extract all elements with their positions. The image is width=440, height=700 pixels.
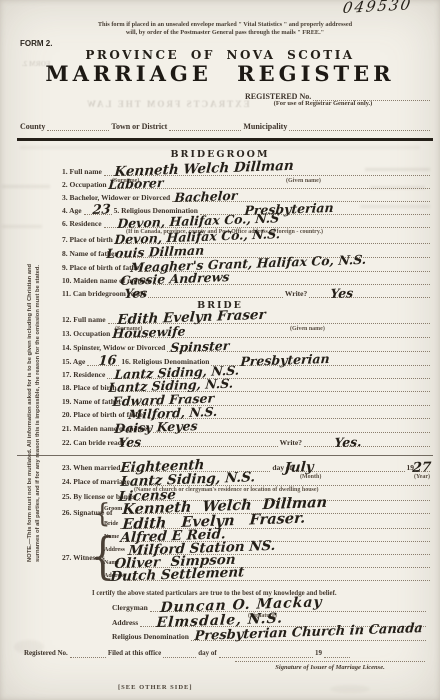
br-father-row: 19. Name of father Edward Fraser (62, 394, 432, 406)
form-number-label: FORM 2. (20, 39, 52, 48)
clergyman-label: Clergyman (112, 603, 148, 612)
bg-status-row: 3. Bachelor, Widower or Divorced Bachelo… (62, 190, 432, 202)
handwritten-bg-occupation: Laborer (108, 177, 164, 191)
address-label: Address (104, 546, 125, 555)
denomination-label: Religious Denomination (112, 632, 189, 641)
handwritten-br-occupation: Housewife (112, 325, 186, 340)
registrar-only-note: (For use of Registrar General only.) (243, 100, 403, 107)
margin-note-line2: surnames of all parties, and if for any … (34, 264, 42, 562)
handwritten-br-religion: Presbyterian (240, 353, 330, 368)
page-title: MARRIAGE REGISTER (0, 61, 440, 86)
field-label: 1. Full name (62, 167, 102, 176)
fill-line (70, 657, 106, 658)
bg-read-write-row: 11. Can bridegroom read? Write? Yes Yes (62, 286, 432, 298)
bg-occupation-row: 2. Occupation Laborer (62, 177, 432, 189)
fill-line (128, 446, 278, 447)
scan-smudge (2, 225, 42, 228)
bg-father-birthplace-row: 9. Place of birth of father Meagher's Gr… (62, 260, 432, 272)
section-divider-rule (17, 138, 433, 141)
handwritten-year: 27 (412, 461, 432, 474)
field-label: 23. When married (62, 463, 120, 472)
margin-note: NOTE.—This form must not be mutilated. A… (26, 264, 42, 562)
county-row: County Town or District Municipality (20, 119, 432, 131)
thin-divider-rule (17, 455, 433, 456)
denomination-row: Religious Denomination Presbyterian Chur… (112, 629, 428, 641)
br-status-row: 14. Spinster, Widow or Divorced Spinster (62, 340, 432, 352)
fill-line (309, 297, 430, 298)
field-label: 6. Residence (62, 219, 102, 228)
field-label: 7. Place of birth (62, 235, 113, 244)
field-label: 15. Age (62, 357, 85, 366)
br-occupation-row: 13. Occupation Housewife (62, 326, 432, 338)
br-age-religion-row: 15. Age 16. Religious Denomination 16 Pr… (62, 354, 432, 366)
handwritten-br-full-name: Edith Evelyn Fraser (117, 309, 266, 326)
fill-line (169, 130, 241, 131)
handwritten-br-write: Yes. (334, 436, 362, 449)
witness2-name-row: Name Oliver Simpson (104, 556, 432, 568)
mailing-note-line2: will, by order of the Postmaster General… (40, 29, 410, 36)
fill-line (163, 657, 196, 658)
margin-note-line1: NOTE.—This form must not be mutilated. A… (26, 264, 34, 562)
fill-line (219, 657, 313, 658)
county-label: County (20, 122, 45, 131)
fill-line (148, 297, 283, 298)
handwritten-month: July (284, 461, 314, 474)
marriage-register-form: 049530 This form if placed in an unseale… (0, 0, 440, 700)
ghost-extracts-text: EXTRACTS FROM THE LAW (85, 99, 250, 109)
fill-line (304, 446, 430, 447)
place-of-marriage-row: 24. Place of marriage Lantz Siding, N.S. (62, 474, 432, 486)
bg-birthplace-row: 7. Place of birth Devon, Halifax Co., N.… (62, 232, 432, 244)
bg-residence-row: 6. Residence Devon, Halifax Co., N.S (62, 216, 432, 228)
field-label: 4. Age (62, 206, 82, 215)
field-label: Write? (280, 438, 302, 447)
mailing-note-line1: This form if placed in an unsealed envel… (40, 21, 410, 28)
name-label: Name (104, 533, 119, 542)
br-read-write-row: 22. Can bride read? Write? Yes Yes. (62, 435, 432, 447)
handwritten-bg-status: Bachelor (174, 190, 238, 204)
bg-mother-row: 10. Maiden name of mother Cassie Andrews (62, 273, 432, 285)
scan-smudge (330, 685, 370, 693)
day-of-label: day of (198, 649, 216, 658)
bride-signature-row: Bride Edith Evelyn Fraser. (104, 517, 432, 529)
handwritten-bg-read: Yes (124, 287, 148, 300)
field-label: 22. Can bride read? (62, 438, 126, 447)
address-label: Address (112, 618, 138, 627)
field-label: Write? (285, 289, 307, 298)
filed-row: Registered No. Filed at this office day … (24, 646, 352, 658)
issuer-signature-caption: Signature of Issuer of Marriage License. (235, 664, 425, 671)
fill-line (324, 657, 350, 658)
br-residence-row: 17. Residence Lantz Siding, N.S. (62, 367, 432, 379)
field-label: 12. Full name (62, 315, 106, 324)
field-label: 13. Occupation (62, 329, 110, 338)
br-birthplace-row: 18. Place of birth Lantz Siding, N.S. (62, 380, 432, 392)
town-district-label: Town or District (111, 122, 167, 131)
handwritten-br-status: Spinster (170, 340, 230, 354)
fill-line (47, 130, 109, 131)
province-heading: PROVINCE OF NOVA SCOTIA (0, 48, 440, 62)
br-full-name-row: 12. Full name Edith Evelyn Fraser (62, 312, 432, 324)
registered-label: Registered No. (24, 649, 68, 658)
filed-label: Filed at this office (108, 649, 161, 658)
field-label: 17. Residence (62, 370, 105, 379)
issuer-signature-line (235, 661, 425, 662)
scan-smudge (2, 185, 50, 188)
field-label: 14. Spinster, Widow or Divorced (62, 343, 165, 352)
municipality-label: Municipality (243, 122, 287, 131)
fill-line (289, 130, 430, 131)
handwritten-bg-write: Yes (330, 287, 354, 300)
year-prefix-label: 19 (315, 649, 322, 658)
handwritten-place-of-marriage: Lantz Siding, N.S. (120, 471, 256, 488)
br-mother-row: 21. Maiden name of mother Daisy Keyes (62, 421, 432, 433)
witness1-address-row: Address Milford Station NS. (104, 543, 432, 555)
field-label: 3. Bachelor, Widower or Divorced (62, 193, 170, 202)
groom-label: Groom (104, 505, 122, 514)
bg-full-name-row: 1. Full name Kenneth Welch Dillman (62, 164, 432, 176)
bridegroom-section-header: BRIDEGROOM (0, 149, 440, 160)
handwritten-serial-number: 049530 (342, 0, 413, 14)
see-other-side-note: [SEE OTHER SIDE] (118, 684, 193, 691)
handwritten-br-mother: Daisy Keyes (114, 420, 198, 435)
field-label: 2. Occupation (62, 180, 107, 189)
handwritten-br-read: Yes (118, 436, 142, 449)
witness2-address-row: Address Dutch Settlement (104, 569, 432, 581)
br-father-birthplace-row: 20. Place of birth of father Milford, N.… (62, 407, 432, 419)
handwritten-witness2-address: Dutch Settlement (110, 566, 245, 583)
